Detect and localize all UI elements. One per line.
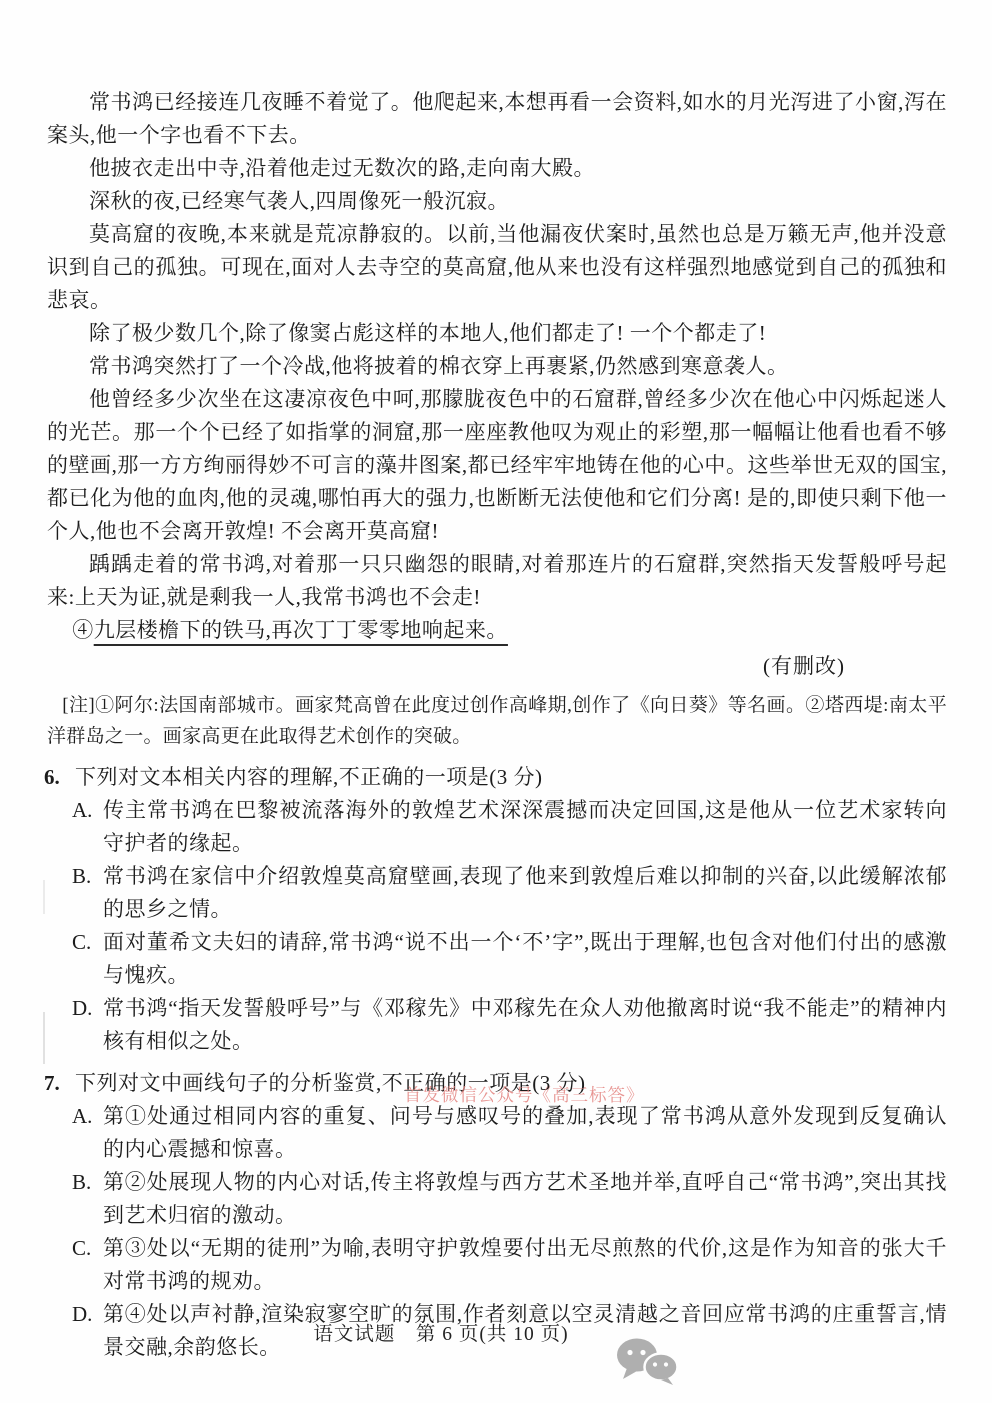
passage-paragraph: 踽踽走着的常书鸿,对着那一只只幽怨的眼睛,对着那连片的石窟群,突然指天发誓般呼号…	[47, 548, 947, 614]
question-6-options: A. 传主常书鸿在巴黎被流落海外的敦煌艺术深深震撼而决定回国,这是他从一位艺术家…	[72, 794, 947, 1058]
passage-paragraph: 常书鸿突然打了一个冷战,他将披着的棉衣穿上再裹紧,仍然感到寒意袭人。	[47, 350, 947, 383]
option-text: 第②处展现人物的内心对话,传主将敦煌与西方艺术圣地并举,直呼自己“常书鸿”,突出…	[103, 1166, 947, 1232]
red-watermark-text: 首发微信公众号《高三标答》	[404, 1082, 645, 1107]
option-6-a: A. 传主常书鸿在巴黎被流落海外的敦煌艺术深深震撼而决定回国,这是他从一位艺术家…	[72, 794, 947, 860]
question-6: 6. 下列对文本相关内容的理解,不正确的一项是(3 分) A. 传主常书鸿在巴黎…	[44, 761, 947, 1058]
option-label: B.	[72, 1166, 103, 1232]
option-6-b: B. 常书鸿在家信中介绍敦煌莫高窟壁画,表现了他来到敦煌后难以抑制的兴奋,以此缓…	[72, 860, 947, 926]
option-label: A.	[72, 794, 103, 860]
option-text: 常书鸿“指天发誓般呼号”与《邓稼先》中邓稼先在众人劝他撤离时说“我不能走”的精神…	[103, 992, 947, 1058]
question-number: 6.	[44, 761, 75, 794]
passage-paragraph: 除了极少数几个,除了像窦占彪这样的本地人,他们都走了! 一个个都走了!	[47, 317, 947, 350]
option-text: 面对董希文夫妇的请辞,常书鸿“说不出一个‘不’字”,既出于理解,也包含对他们付出…	[103, 926, 947, 992]
passage-paragraph: 他曾经多少次坐在这凄凉夜色中呵,那朦胧夜色中的石窟群,曾经多少次在他心中闪烁起迷…	[47, 383, 947, 548]
option-text: 第①处通过相同内容的重复、问号与感叹号的叠加,表现了常书鸿从意外发现到反复确认的…	[103, 1100, 947, 1166]
option-text: 第③处以“无期的徒刑”为喻,表明守护敦煌要付出无尽煎熬的代价,这是作为知音的张大…	[103, 1232, 947, 1298]
passage-paragraph: 他披衣走出中寺,沿着他走过无数次的路,走向南大殿。	[47, 152, 947, 185]
passage-paragraph: 深秋的夜,已经寒气袭人,四周像死一般沉寂。	[47, 185, 947, 218]
passage: 常书鸿已经接连几夜睡不着觉了。他爬起来,本想再看一会资料,如水的月光泻进了小窗,…	[47, 86, 947, 752]
exam-page: 常书鸿已经接连几夜睡不着觉了。他爬起来,本想再看一会资料,如水的月光泻进了小窗,…	[0, 0, 992, 1403]
question-6-stem-row: 6. 下列对文本相关内容的理解,不正确的一项是(3 分)	[44, 761, 947, 794]
option-text: 传主常书鸿在巴黎被流落海外的敦煌艺术深深震撼而决定回国,这是他从一位艺术家转向守…	[103, 794, 947, 860]
wechat-icon	[612, 1336, 684, 1391]
underlined-sentence: 九层楼檐下的铁马,再次丁丁零零地响起来。	[94, 618, 508, 642]
option-7-b: B. 第②处展现人物的内心对话,传主将敦煌与西方艺术圣地并举,直呼自己“常书鸿”…	[72, 1166, 947, 1232]
option-label: B.	[72, 860, 103, 926]
option-6-d: D. 常书鸿“指天发誓般呼号”与《邓稼先》中邓稼先在众人劝他撤离时说“我不能走”…	[72, 992, 947, 1058]
option-7-c: C. 第③处以“无期的徒刑”为喻,表明守护敦煌要付出无尽煎熬的代价,这是作为知音…	[72, 1232, 947, 1298]
option-7-a: A. 第①处通过相同内容的重复、问号与感叹号的叠加,表现了常书鸿从意外发现到反复…	[72, 1100, 947, 1166]
option-text: 常书鸿在家信中介绍敦煌莫高窟壁画,表现了他来到敦煌后难以抑制的兴奋,以此缓解浓郁…	[103, 860, 947, 926]
question-stem: 下列对文本相关内容的理解,不正确的一项是(3 分)	[75, 761, 947, 794]
passage-paragraph: 常书鸿已经接连几夜睡不着觉了。他爬起来,本想再看一会资料,如水的月光泻进了小窗,…	[47, 86, 947, 152]
option-6-c: C. 面对董希文夫妇的请辞,常书鸿“说不出一个‘不’字”,既出于理解,也包含对他…	[72, 926, 947, 992]
option-label: A.	[72, 1100, 103, 1166]
question-number: 7.	[44, 1067, 75, 1100]
sentence-number-marker: ④	[72, 618, 94, 642]
passage-paragraph: 莫高窟的夜晚,本来就是荒凉静寂的。以前,当他漏夜伏案时,虽然也总是万籁无声,他并…	[47, 218, 947, 317]
passage-marked-sentence: ④九层楼檐下的铁马,再次丁丁零零地响起来。	[47, 614, 947, 647]
attribution: (有删改)	[47, 649, 947, 683]
option-label: C.	[72, 926, 103, 992]
page-content: 常书鸿已经接连几夜睡不着觉了。他爬起来,本想再看一会资料,如水的月光泻进了小窗,…	[47, 86, 947, 1364]
option-label: C.	[72, 1232, 103, 1298]
option-label: D.	[72, 992, 103, 1058]
page-footer: 语文试题 第 6 页(共 10 页)	[0, 1318, 882, 1346]
passage-note: [注]①阿尔:法国南部城市。画家梵高曾在此度过创作高峰期,创作了《向日葵》等名画…	[47, 690, 947, 752]
